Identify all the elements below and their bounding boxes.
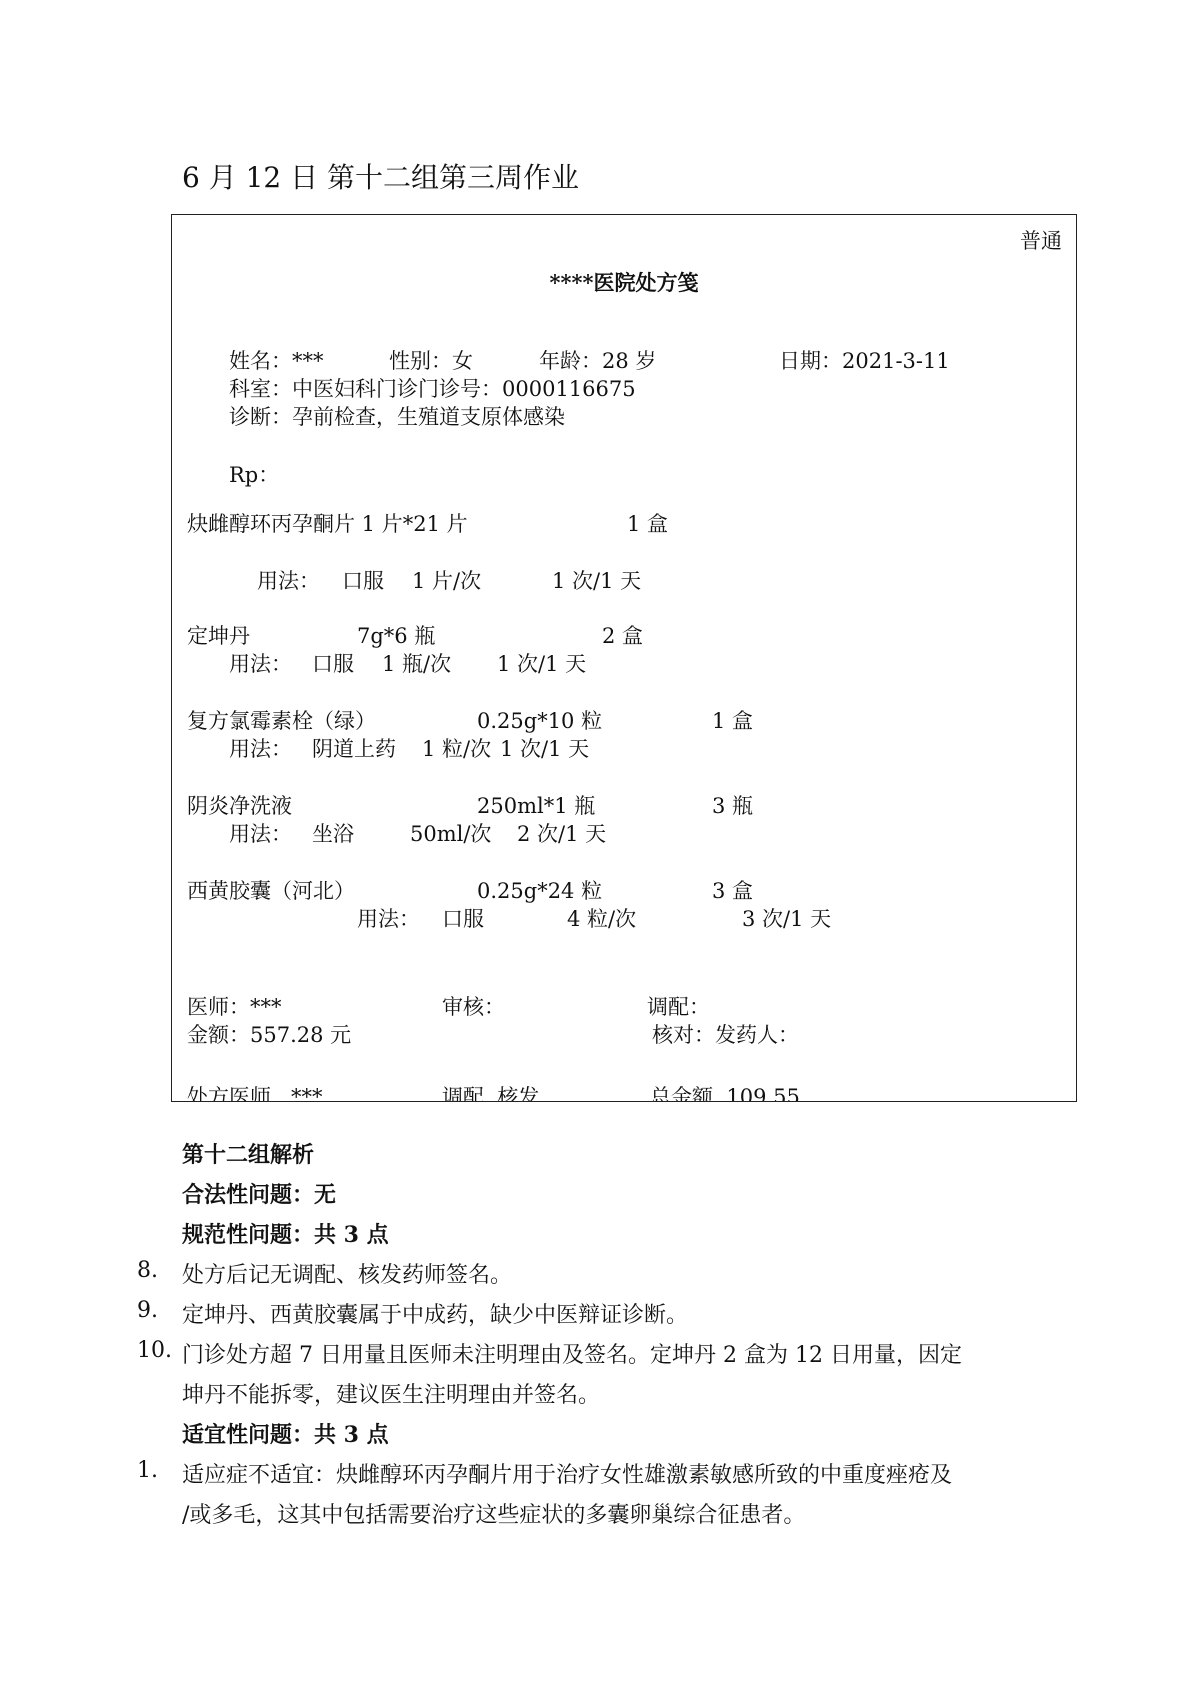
usage-freq: 1 次/1 天 bbox=[497, 648, 586, 678]
usage-label: 用法： bbox=[229, 648, 292, 678]
usage-dose: 4 粒/次 bbox=[567, 903, 636, 933]
usage-dose: 1 瓶/次 bbox=[382, 648, 451, 678]
drug-name: 定坤丹 bbox=[187, 620, 250, 650]
analysis-heading: 第十二组解析 bbox=[182, 1138, 314, 1169]
usage-dose: 50ml/次 bbox=[410, 818, 491, 848]
list-number: 10. bbox=[137, 1338, 172, 1363]
dispense-signature: 调配： bbox=[647, 991, 710, 1021]
prescription-form: 普通 ****医院处方笺 姓名：*** 性别：女 年龄：28 岁 日期：2021… bbox=[171, 214, 1077, 1102]
usage-route: 口服 bbox=[342, 565, 384, 595]
drug-qty: 1 盒 bbox=[627, 508, 668, 538]
patient-age: 年龄：28 岁 bbox=[539, 345, 656, 375]
total-amount: 金额：557.28 元 bbox=[187, 1019, 351, 1049]
document-title: 6 月 12 日 第十二组第三周作业 bbox=[182, 156, 579, 196]
prescription-type: 普通 bbox=[1020, 225, 1062, 255]
drug-spec: 0.25g*10 粒 bbox=[477, 705, 602, 735]
suitability-heading: 适宜性问题：共 3 点 bbox=[182, 1418, 389, 1449]
prescription-date: 日期：2021-3-11 bbox=[779, 345, 950, 375]
usage-label: 用法： bbox=[229, 818, 292, 848]
list-number: 9. bbox=[137, 1298, 158, 1323]
drug-name: 复方氯霉素栓（绿） bbox=[187, 705, 376, 735]
patient-name: 姓名：*** bbox=[229, 345, 324, 375]
list-item-continuation: /或多毛，这其中包括需要治疗这些症状的多囊卵巢综合征患者。 bbox=[182, 1498, 805, 1529]
list-item: 门诊处方超 7 日用量且医师未注明理由及签名。定坤丹 2 盒为 12 日用量，因… bbox=[182, 1338, 962, 1369]
standard-heading: 规范性问题：共 3 点 bbox=[182, 1218, 389, 1249]
check-signature: 核对：发药人： bbox=[652, 1019, 799, 1049]
usage-route: 阴道上药 bbox=[312, 733, 396, 763]
drug-name: 西黄胶囊（河北） bbox=[187, 875, 355, 905]
cut-off-doctor-line: 处方医师 . *** bbox=[187, 1081, 323, 1102]
usage-label: 用法： bbox=[357, 903, 420, 933]
drug-qty: 3 盒 bbox=[712, 875, 753, 905]
cut-off-dispense-line: 调配. 核发. bbox=[442, 1081, 546, 1102]
patient-gender: 性别：女 bbox=[389, 345, 473, 375]
drug-qty: 1 盒 bbox=[712, 705, 753, 735]
drug-spec: 250ml*1 瓶 bbox=[477, 790, 595, 820]
usage-route: 口服 bbox=[312, 648, 354, 678]
usage-label: 用法： bbox=[257, 565, 320, 595]
list-item: 适应症不适宜：炔雌醇环丙孕酮片用于治疗女性雄激素敏感所致的中重度痤疮及 bbox=[182, 1458, 952, 1489]
drug-name: 炔雌醇环丙孕酮片 1 片*21 片 bbox=[187, 508, 468, 538]
legality-heading: 合法性问题：无 bbox=[182, 1178, 336, 1209]
prescription-title: ****医院处方笺 bbox=[172, 267, 1076, 297]
diagnosis: 诊断：孕前检查，生殖道支原体感染 bbox=[229, 401, 565, 431]
rp-label: Rp： bbox=[229, 459, 279, 489]
list-item-continuation: 坤丹不能拆零，建议医生注明理由并签名。 bbox=[182, 1378, 600, 1409]
usage-dose: 1 粒/次 bbox=[422, 733, 491, 763]
usage-route: 口服 bbox=[442, 903, 484, 933]
usage-freq: 2 次/1 天 bbox=[517, 818, 606, 848]
drug-spec: 0.25g*24 粒 bbox=[477, 875, 602, 905]
review-signature: 审核： bbox=[442, 991, 505, 1021]
usage-freq: 1 次/1 天 bbox=[500, 733, 589, 763]
list-number: 8. bbox=[137, 1258, 158, 1283]
doctor-signature: 医师：*** bbox=[187, 991, 282, 1021]
list-item: 定坤丹、西黄胶囊属于中成药，缺少中医辩证诊断。 bbox=[182, 1298, 688, 1329]
department: 科室：中医妇科门诊门诊号：0000116675 bbox=[229, 373, 636, 403]
drug-qty: 2 盒 bbox=[602, 620, 643, 650]
drug-name: 阴炎净洗液 bbox=[187, 790, 292, 820]
usage-freq: 1 次/1 天 bbox=[552, 565, 641, 595]
usage-dose: 1 片/次 bbox=[412, 565, 481, 595]
list-item: 处方后记无调配、核发药师签名。 bbox=[182, 1258, 512, 1289]
usage-route: 坐浴 bbox=[312, 818, 354, 848]
drug-spec: 7g*6 瓶 bbox=[357, 620, 435, 650]
drug-qty: 3 瓶 bbox=[712, 790, 753, 820]
cut-off-total-line: 总金额. 109.55 bbox=[650, 1081, 800, 1102]
list-number: 1. bbox=[137, 1458, 158, 1483]
usage-freq: 3 次/1 天 bbox=[742, 903, 831, 933]
usage-label: 用法： bbox=[229, 733, 292, 763]
